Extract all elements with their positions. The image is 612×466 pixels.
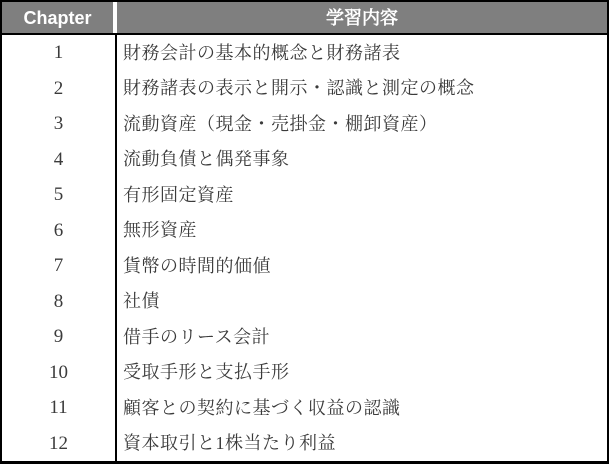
header-cell-chapter: Chapter — [2, 2, 113, 33]
chapter-number: 10 — [2, 355, 115, 391]
chapter-number: 1 — [2, 35, 115, 71]
chapter-title: 顧客との契約に基づく収益の認識 — [115, 390, 607, 426]
chapter-title: 借手のリース会計 — [115, 319, 607, 355]
chapter-title: 社債 — [115, 284, 607, 320]
chapter-number: 12 — [2, 426, 115, 462]
table-row: 7 貨幣の時間的価値 — [2, 248, 607, 284]
chapter-title: 流動負債と偶発事象 — [115, 142, 607, 178]
chapter-title: 財務会計の基本的概念と財務諸表 — [115, 35, 607, 71]
table-row: 8 社債 — [2, 284, 607, 320]
chapter-number: 9 — [2, 319, 115, 355]
table-row: 3 流動資産（現金・売掛金・棚卸資産） — [2, 106, 607, 142]
table-header-row: Chapter 学習内容 — [2, 2, 607, 35]
table-row: 1 財務会計の基本的概念と財務諸表 — [2, 35, 607, 71]
chapter-number: 4 — [2, 142, 115, 178]
chapter-title: 有形固定資産 — [115, 177, 607, 213]
chapter-title: 貨幣の時間的価値 — [115, 248, 607, 284]
chapter-title: 財務諸表の表示と開示・認識と測定の概念 — [115, 71, 607, 107]
chapter-title: 資本取引と1株当たり利益 — [115, 426, 607, 462]
chapter-title: 無形資産 — [115, 213, 607, 249]
header-cell-content: 学習内容 — [117, 2, 607, 33]
table-row: 11 顧客との契約に基づく収益の認識 — [2, 390, 607, 426]
chapter-title: 受取手形と支払手形 — [115, 355, 607, 391]
chapter-number: 5 — [2, 177, 115, 213]
chapter-number: 2 — [2, 71, 115, 107]
table-row: 2 財務諸表の表示と開示・認識と測定の概念 — [2, 71, 607, 107]
chapter-title: 流動資産（現金・売掛金・棚卸資産） — [115, 106, 607, 142]
chapter-number: 7 — [2, 248, 115, 284]
table-row: 12 資本取引と1株当たり利益 — [2, 426, 607, 462]
table-row: 5 有形固定資産 — [2, 177, 607, 213]
table-row: 4 流動負債と偶発事象 — [2, 142, 607, 178]
page: Chapter 学習内容 1 財務会計の基本的概念と財務諸表 2 財務諸表の表示… — [0, 0, 612, 466]
table-body: 1 財務会計の基本的概念と財務諸表 2 財務諸表の表示と開示・認識と測定の概念 … — [2, 35, 607, 461]
table-row: 10 受取手形と支払手形 — [2, 355, 607, 391]
table-row: 6 無形資産 — [2, 213, 607, 249]
chapter-table: Chapter 学習内容 1 財務会計の基本的概念と財務諸表 2 財務諸表の表示… — [0, 0, 609, 464]
chapter-number: 3 — [2, 106, 115, 142]
table-row: 9 借手のリース会計 — [2, 319, 607, 355]
chapter-number: 8 — [2, 284, 115, 320]
chapter-number: 11 — [2, 390, 115, 426]
chapter-number: 6 — [2, 213, 115, 249]
